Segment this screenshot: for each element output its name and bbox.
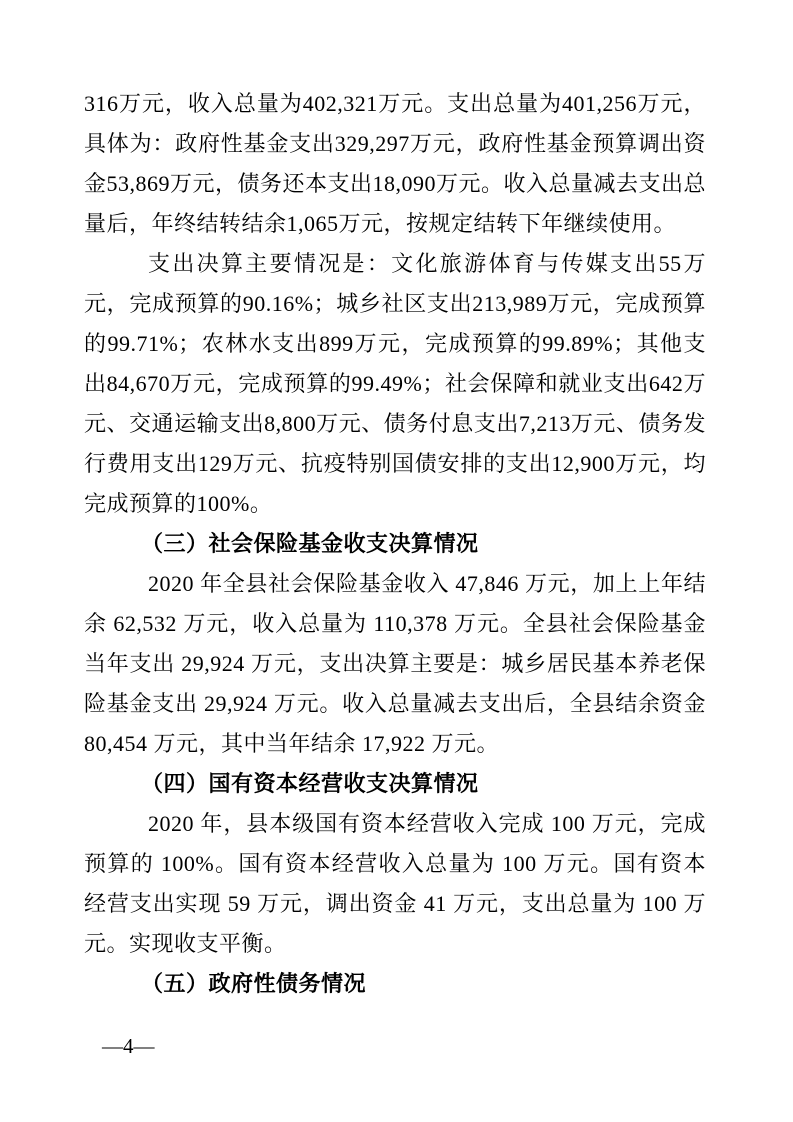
section-heading-government-debt: （五）政府性债务情况: [84, 964, 706, 1004]
paragraph-expenditure-final-accounts-detail: 支出决算主要情况是：文化旅游体育与传媒支出55万元，完成预算的90.16%；城乡…: [84, 244, 706, 524]
paragraph-social-insurance-fund-detail: 2020 年全县社会保险基金收入 47,846 万元，加上上年结余 62,532…: [84, 564, 706, 764]
document-page: 316万元，收入总量为402,321万元。支出总量为401,256万元，具体为：…: [0, 0, 793, 1122]
section-heading-state-capital-operations: （四）国有资本经营收支决算情况: [84, 764, 706, 804]
paragraph-govfund-totals-continuation: 316万元，收入总量为402,321万元。支出总量为401,256万元，具体为：…: [84, 84, 706, 244]
page-number: —4—: [102, 1034, 155, 1058]
document-body: 316万元，收入总量为402,321万元。支出总量为401,256万元，具体为：…: [84, 84, 706, 1004]
paragraph-state-capital-operations-detail: 2020 年，县本级国有资本经营收入完成 100 万元，完成预算的 100%。国…: [84, 804, 706, 964]
section-heading-social-insurance-fund: （三）社会保险基金收支决算情况: [84, 524, 706, 564]
